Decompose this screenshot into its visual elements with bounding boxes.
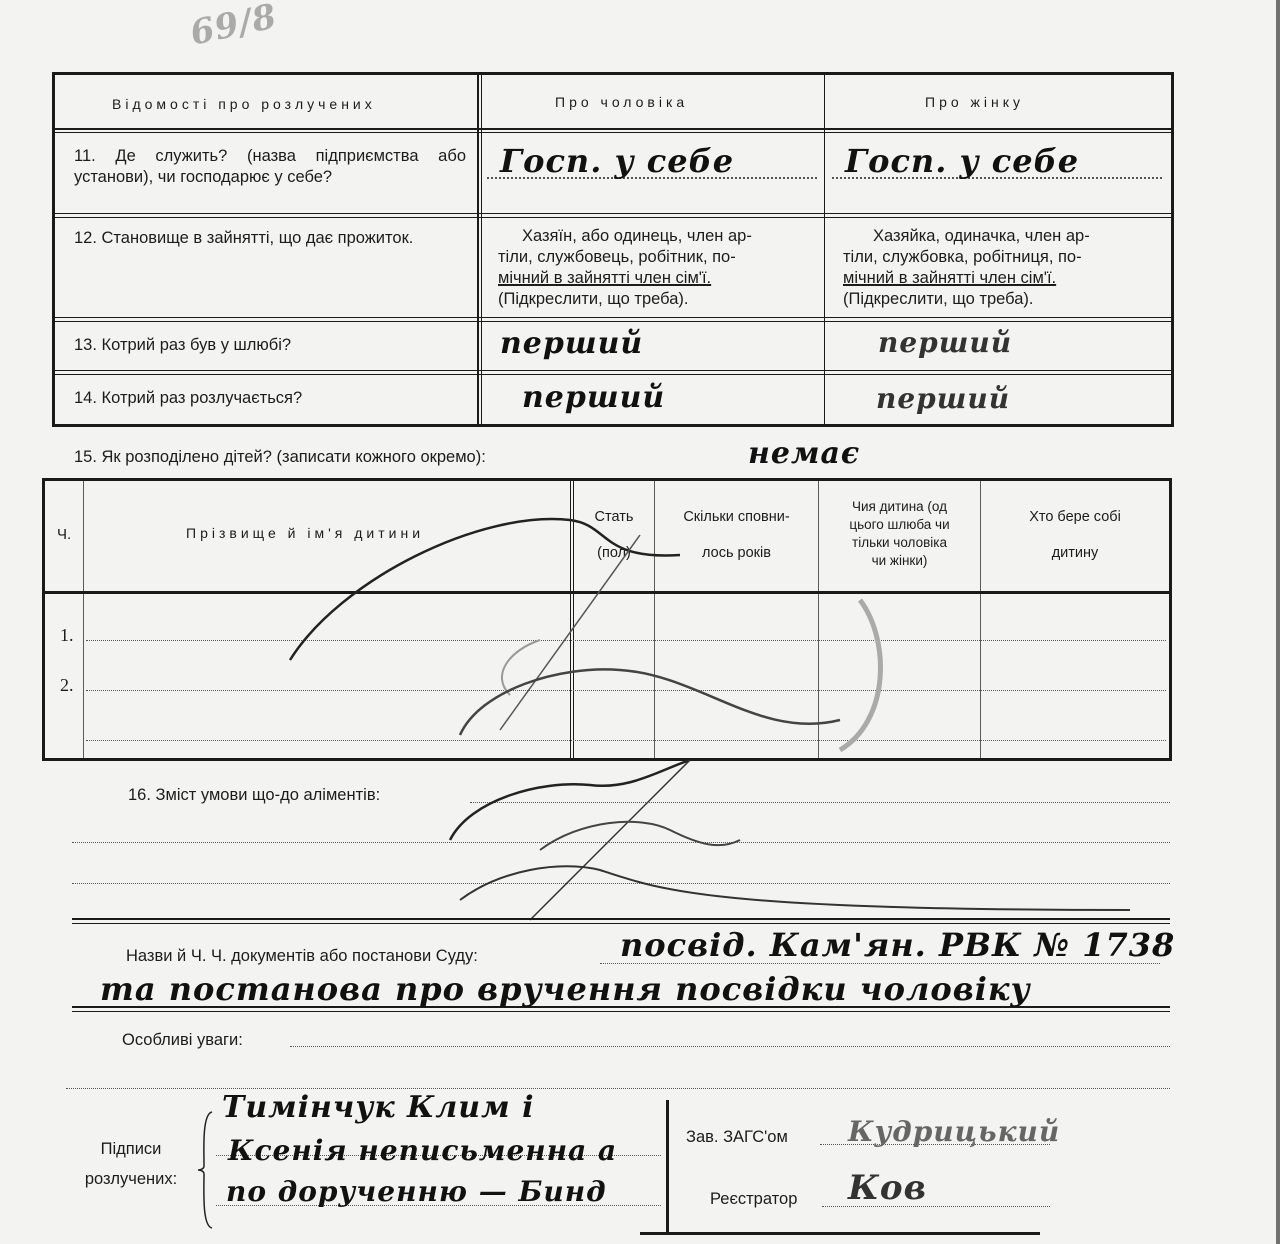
husband-divorce-count: перший <box>522 380 665 415</box>
husband-marriage-count: перший <box>500 326 643 361</box>
question-12: 12. Становище в зайнятті, що дає прожито… <box>74 228 466 249</box>
documents-label: Назви й Ч. Ч. документів або постанови С… <box>126 947 478 966</box>
col-who-header: Хто бере собі дитину <box>981 508 1169 563</box>
registry-head-signature: Кудрицький <box>848 1115 1060 1148</box>
registry-head-label: Зав. ЗАГС'ом <box>686 1128 788 1147</box>
header-wife: Про жінку <box>925 94 1024 110</box>
col-num-header: Ч. <box>57 526 71 543</box>
husband-occupation-line2: тіли, службовець, робітник, по- <box>498 247 816 268</box>
registrar-label: Реєстратор <box>710 1190 797 1209</box>
alimony-cross-out-icon <box>430 760 1150 930</box>
child-row-2-num: 2. <box>60 675 74 696</box>
question-16: 16. Зміст умови що-до аліментів: <box>128 786 380 805</box>
wife-workplace: Госп. у себе <box>845 142 1079 180</box>
husband-occupation-line3-underlined: мічний в зайнятті член сім'ї. <box>498 268 816 289</box>
question-13: 13. Котрий раз був у шлюбі? <box>74 335 291 356</box>
documents-value-line1: посвід. Кам'ян. РВК № 1738 <box>620 926 1175 964</box>
notes-label: Особливі уваги: <box>122 1031 243 1050</box>
wife-occupation-line2: тіли, службовка, робітниця, по- <box>843 247 1161 268</box>
children-answer: немає <box>748 436 860 471</box>
question-14: 14. Котрий раз розлучається? <box>74 388 302 409</box>
brace-icon <box>196 1110 216 1230</box>
col-who-header-line2: дитину <box>981 544 1169 563</box>
page-number-mark: 69/8 <box>187 0 281 54</box>
wife-marriage-count: перший <box>878 326 1012 359</box>
registrar-signature: Ков <box>848 1168 927 1208</box>
husband-occupation-line4: (Підкреслити, що треба). <box>498 289 816 310</box>
question-11: 11. Де служить? (назва підприємства або … <box>74 146 466 188</box>
wife-occupation-line3-underlined: мічний в зайнятті член сім'ї. <box>843 268 1161 289</box>
child-row-1-num: 1. <box>60 625 74 646</box>
header-husband: Про чоловіка <box>555 94 688 110</box>
notes-line-2 <box>66 1088 1170 1089</box>
col-who-header-line1: Хто бере собі <box>981 508 1169 527</box>
husband-occupation-line1: Хазяїн, або одинець, член ар- <box>498 226 816 247</box>
signature-value-line2: Ксенія неписьменна а <box>228 1134 617 1167</box>
husband-occupation-options: Хазяїн, або одинець, член ар- тіли, служ… <box>498 226 816 310</box>
husband-workplace: Госп. у себе <box>500 142 734 180</box>
header-info: Відомості про розлучених <box>112 96 376 112</box>
signature-value-line1: Тимінчук Клим і <box>222 1090 534 1125</box>
cross-out-stroke-icon <box>280 500 900 770</box>
notes-line-1 <box>290 1046 1170 1047</box>
signature-value-line3: по дорученню — Бинд <box>226 1175 607 1208</box>
signatures-label-line1: Підписи <box>66 1134 196 1164</box>
documents-value-line2: та постанова про вручення посвідки чолов… <box>100 970 1031 1008</box>
wife-divorce-count: перший <box>876 382 1010 415</box>
wife-occupation-options: Хазяйка, одиначка, член ар- тіли, службо… <box>843 226 1161 310</box>
signatures-label-line2: розлучених: <box>66 1164 196 1194</box>
wife-occupation-line4: (Підкреслити, що треба). <box>843 289 1161 310</box>
question-15: 15. Як розподілено дітей? (записати кожн… <box>74 448 486 467</box>
wife-occupation-line1: Хазяйка, одиначка, член ар- <box>843 226 1161 247</box>
signatures-label: Підписи розлучених: <box>66 1134 196 1194</box>
